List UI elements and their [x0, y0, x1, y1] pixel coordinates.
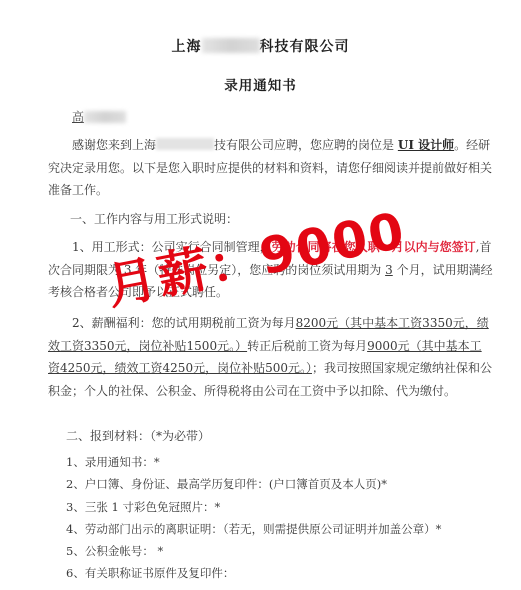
redacted-area — [202, 38, 260, 53]
position-name: UI 设计师 — [398, 138, 454, 152]
list-item: 4、劳动部门出示的离职证明：（若无，则需提供原公司证明并加盖公章）* — [66, 518, 441, 540]
redacted-area — [84, 111, 126, 123]
section1-heading: 一、工作内容与用工形式说明： — [70, 210, 238, 227]
offer-letter-page: 上海科技有限公司 录用通知书 高 感谢您来到上海技有限公司应聘，您应聘的岗位是 … — [0, 0, 521, 590]
salary-paragraph: 2、薪酬福利：您的试用期税前工资为每月8200元（其中基本工资3350元，绩效工… — [48, 312, 493, 402]
addressee: 高 — [72, 108, 126, 125]
list-item: 6、有关职称证书原件及复印件： — [66, 562, 441, 584]
list-item: 2、户口簿、身份证、最高学历复印件：(户口簿首页及本人页)* — [66, 473, 441, 495]
intro-paragraph: 感谢您来到上海技有限公司应聘，您应聘的岗位是 UI 设计师。经研究决定录用您。以… — [48, 134, 493, 202]
redacted-area — [156, 138, 214, 150]
company-name: 上海科技有限公司 — [0, 36, 521, 56]
document-title: 录用通知书 — [0, 74, 521, 94]
list-item: 5、公积金帐号： * — [66, 540, 441, 562]
list-item: 3、三张 1 寸彩色免冠照片：* — [66, 496, 441, 518]
list-item: 1、录用通知书：* — [66, 451, 441, 473]
section2-heading: 二、报到材料：（*为必带） — [66, 427, 210, 444]
materials-list: 1、录用通知书：* 2、户口簿、身份证、最高学历复印件：(户口簿首页及本人页)*… — [66, 451, 441, 585]
